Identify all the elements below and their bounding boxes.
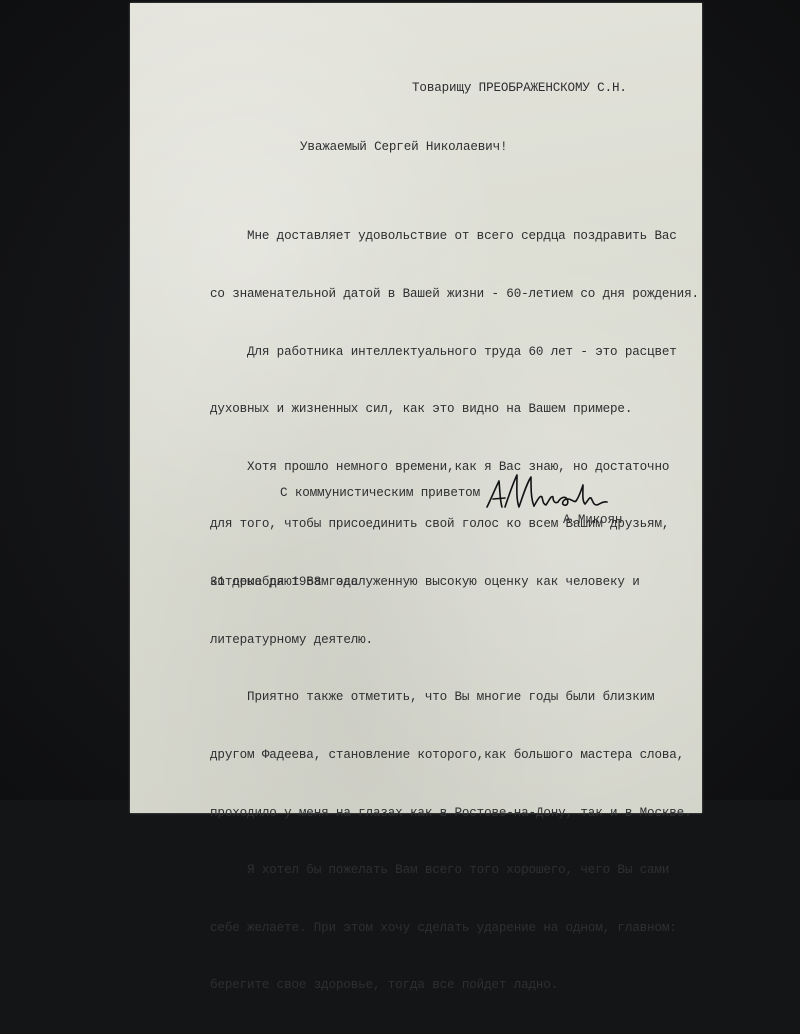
body-line: Мне доставляет удовольствие от всего сер…	[210, 227, 699, 246]
body-line: со знаменательной датой в Вашей жизни - …	[210, 285, 699, 304]
addressee-line: Товарищу ПРЕОБРАЖЕНСКОМУ С.Н.	[412, 79, 627, 98]
letter-paper: Товарищу ПРЕОБРАЖЕНСКОМУ С.Н. Уважаемый …	[130, 3, 702, 800]
body-line: Приятно также отметить, что Вы многие го…	[210, 688, 699, 707]
body-line: другом Фадеева, становление которого,как…	[210, 746, 699, 765]
body-line: духовных и жизненных сил, как это видно …	[210, 400, 699, 419]
body-line: для того, чтобы присоединить свой голос …	[210, 515, 699, 534]
body-line: Для работника интеллектуального труда 60…	[210, 343, 699, 362]
body-line: литературному деятелю.	[210, 631, 699, 650]
closing-line: С коммунистическим приветом	[280, 484, 480, 503]
signer-name: А.Микоян	[563, 511, 622, 530]
salutation: Уважаемый Сергей Николаевич!	[300, 138, 507, 157]
letter-date: 31 декабря 1968 года	[210, 573, 358, 592]
body-line: Хотя прошло немного времени,как я Вас зн…	[210, 458, 699, 477]
